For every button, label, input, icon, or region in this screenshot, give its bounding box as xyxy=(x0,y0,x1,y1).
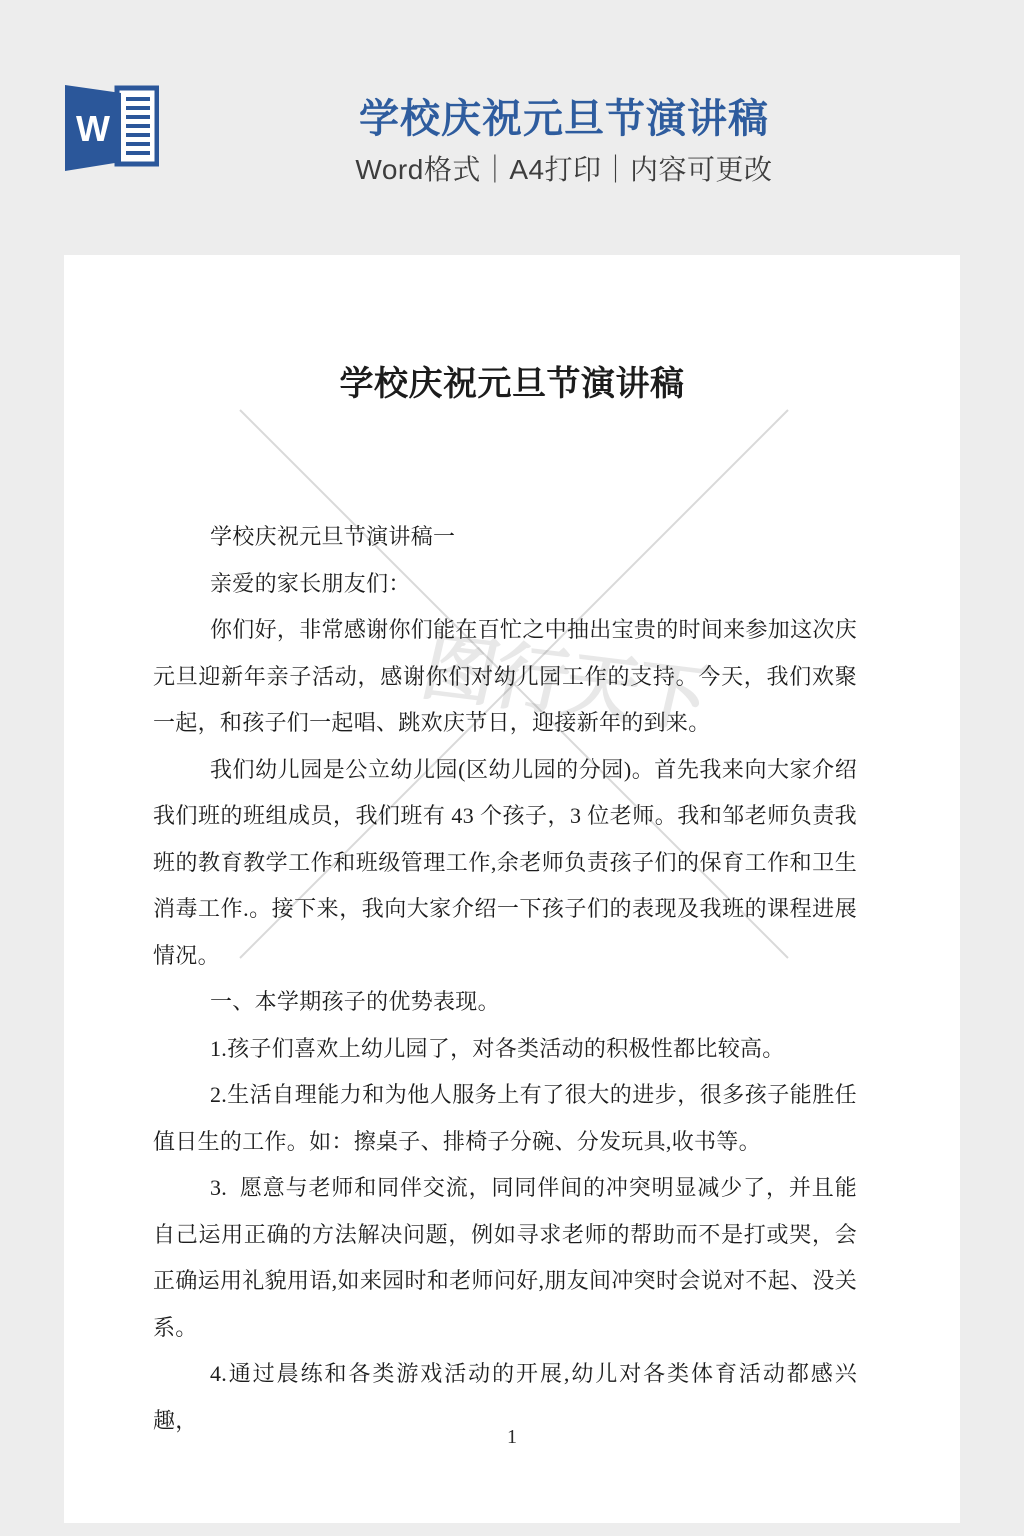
header-subtitle: Word格式｜A4打印｜内容可更改 xyxy=(104,154,1024,186)
document-page: 图行天下 学校庆祝元旦节演讲稿 学校庆祝元旦节演讲稿一亲爱的家长朋友们：你们好，… xyxy=(64,255,960,1523)
page-background: { "header": { "title": "学校庆祝元旦节演讲稿", "su… xyxy=(0,0,1024,1536)
header-title: 学校庆祝元旦节演讲稿 xyxy=(104,96,1024,142)
document-title: 学校庆祝元旦节演讲稿 xyxy=(64,363,960,407)
header: W 学校庆祝元旦节演讲稿 Word格式｜A4打印｜内容可更改 xyxy=(0,0,1024,255)
document-content: 学校庆祝元旦节演讲稿 学校庆祝元旦节演讲稿一亲爱的家长朋友们：你们好，非常感谢你… xyxy=(64,363,960,1444)
paragraph: 3. 愿意与老师和同伴交流，同同伴间的冲突明显减少了，并且能自己运用正确的方法解… xyxy=(153,1165,857,1351)
page-number: 1 xyxy=(64,1423,960,1451)
document-body: 学校庆祝元旦节演讲稿一亲爱的家长朋友们：你们好，非常感谢你们能在百忙之中抽出宝贵… xyxy=(64,514,960,1444)
paragraph: 学校庆祝元旦节演讲稿一 xyxy=(153,514,857,561)
paragraph: 2.生活自理能力和为他人服务上有了很大的进步，很多孩子能胜任值日生的工作。如：擦… xyxy=(153,1072,857,1165)
header-text-block: 学校庆祝元旦节演讲稿 Word格式｜A4打印｜内容可更改 xyxy=(104,96,1024,186)
paragraph: 我们幼儿园是公立幼儿园(区幼儿园的分园)。首先我来向大家介绍我们班的班组成员，我… xyxy=(153,747,857,980)
paragraph: 你们好，非常感谢你们能在百忙之中抽出宝贵的时间来参加这次庆元旦迎新年亲子活动，感… xyxy=(153,607,857,747)
paragraph: 亲爱的家长朋友们： xyxy=(153,561,857,608)
paragraph: 1.孩子们喜欢上幼儿园了，对各类活动的积极性都比较高。 xyxy=(153,1026,857,1073)
paragraph: 一、本学期孩子的优势表现。 xyxy=(153,979,857,1026)
